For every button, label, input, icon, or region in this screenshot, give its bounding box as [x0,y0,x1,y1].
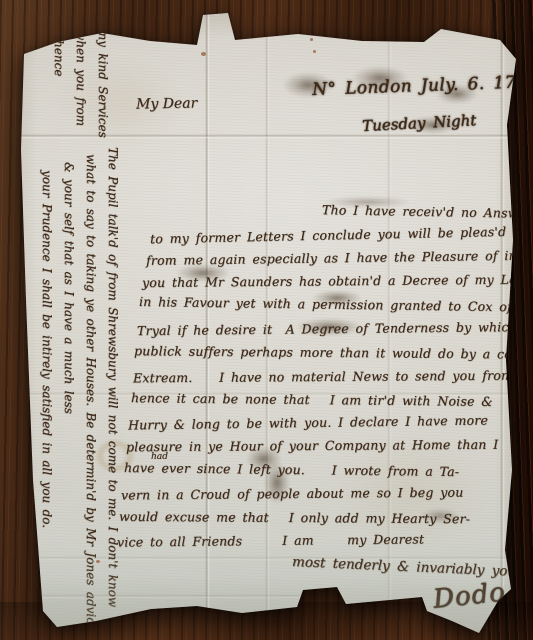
rust-speck [303,26,307,30]
paper-bottom-tint [0,0,533,640]
letter-paper-shadow: Many kind Services when you from hence T… [0,0,533,640]
letter-paper: Many kind Services when you from hence T… [0,0,533,640]
photo-scene: Many kind Services when you from hence T… [0,0,533,640]
